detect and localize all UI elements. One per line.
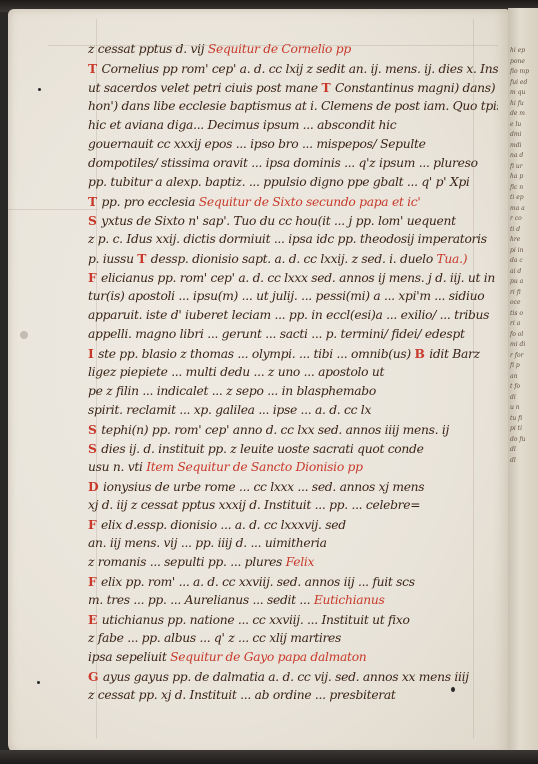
manuscript-line: I ste pp. blasio z thomas ... olympi. ..…: [88, 344, 498, 363]
facing-page-line: u n: [510, 403, 538, 414]
manuscript-line: S dies ij. d. instituit pp. z leuite uos…: [88, 439, 498, 458]
manuscript-line: pp. tubitur a alexp. baptiz. ... ppulsio…: [88, 173, 498, 192]
line-text: z fabe ... pp. albus ... q' z ... cc xli…: [88, 631, 341, 645]
facing-page-line: mdi: [510, 141, 538, 152]
red-initial: T: [88, 194, 97, 209]
ink-speck: [38, 88, 41, 91]
manuscript-line: p. iussu T dessp. dionisio sapt. a. d. c…: [88, 249, 498, 268]
facing-page-line: fic n: [510, 183, 538, 194]
manuscript-line: E utichianus pp. natione ... cc xxviij. …: [88, 610, 498, 629]
manuscript-line: m. tres ... pp. ... Aurelianus ... sedit…: [88, 591, 498, 610]
facing-page-line: tu fi: [510, 414, 538, 425]
facing-page-line: an: [510, 372, 538, 383]
manuscript-line: hon') dans libe ecclesie baptismus at i.…: [88, 97, 498, 116]
manuscript-line: gouernauit cc xxxij epos ... ipso bro ..…: [88, 135, 498, 154]
line-text: z cessat pptus d. vij: [88, 42, 204, 56]
rubric-heading: Sequitur de Cornelio pp: [208, 42, 351, 56]
facing-page-line: ai d: [510, 267, 538, 278]
manuscript-line: appelli. magno libri ... gerunt ... sact…: [88, 325, 498, 344]
line-text: idit Barz: [429, 347, 480, 361]
manuscript-line: D ionysius de urbe rome ... cc lxxx ... …: [88, 477, 498, 496]
line-text: p. iussu: [88, 252, 134, 266]
manuscript-line: apparuit. iste d' iuberet leciam ... pp.…: [88, 306, 498, 325]
line-text: appelli. magno libri ... gerunt ... sact…: [88, 327, 465, 341]
line-text: z romanis ... sepulti pp. ... plures: [88, 555, 282, 569]
facing-page-line: hi fu: [510, 99, 538, 110]
facing-page-line: e lu: [510, 120, 538, 131]
facing-page-line: da c: [510, 256, 538, 267]
facing-page-line: do fu: [510, 435, 538, 446]
facing-page-line: ri fi: [510, 288, 538, 299]
ruling-line-margin: [8, 209, 98, 210]
line-text: tur(is) apostoli ... ipsu(m) ... ut juli…: [88, 289, 484, 303]
red-initial: I: [88, 346, 93, 361]
facing-page-line: di: [510, 393, 538, 404]
line-text: z cessat pp. xj d. Instituit ... ab ordi…: [88, 688, 396, 702]
line-text: dessp. dionisio sapt. a. d. cc lxxij. z …: [151, 252, 433, 266]
book-binding-bottom: [0, 750, 538, 764]
manuscript-line: F elicianus pp. rom' cep' a. d. cc lxxx …: [88, 268, 498, 287]
line-text: z p. c. Idus xxij. dictis dormiuit ... i…: [88, 232, 487, 246]
red-initial: T: [88, 61, 97, 76]
red-initial: D: [88, 479, 98, 494]
line-text: Constantinus magni) dans) sedebat: [335, 81, 498, 95]
manuscript-line: F elix d.essp. dionisio ... a. d. cc lxx…: [88, 515, 498, 534]
manuscript-line: z p. c. Idus xxij. dictis dormiuit ... i…: [88, 230, 498, 249]
manuscript-line: z cessat pp. xj d. Instituit ... ab ordi…: [88, 686, 498, 705]
facing-page-line: t fo: [510, 382, 538, 393]
manuscript-line: G ayus gayus pp. de dalmatia a. d. cc vi…: [88, 667, 498, 686]
red-initial: T: [137, 251, 146, 266]
red-initial: F: [88, 270, 96, 285]
manuscript-line: F elix pp. rom' ... a. d. cc xxviij. sed…: [88, 572, 498, 591]
manuscript-line: S tephi(n) pp. rom' cep' anno d. cc lxx …: [88, 420, 498, 439]
manuscript-line: ligez piepiete ... multi dedu ... z uno …: [88, 363, 498, 382]
manuscript-line: pe z filin ... indicalet ... z sepo ... …: [88, 382, 498, 401]
line-text: yxtus de Sixto n' sap'. Tuo du cc hou(it…: [101, 214, 456, 228]
line-text: pp. tubitur a alexp. baptiz. ... ppulsio…: [88, 175, 470, 189]
line-text: gouernauit cc xxxij epos ... ipso bro ..…: [88, 137, 426, 151]
line-text: utichianus pp. natione ... cc xxviij. ..…: [102, 613, 410, 627]
line-text: Cornelius pp rom' cep' a. d. cc lxij z s…: [101, 62, 498, 76]
manuscript-line: spirit. reclamit ... xp. galilea ... ips…: [88, 401, 498, 420]
facing-page-line: pi ti: [510, 424, 538, 435]
facing-page-line: dl: [510, 445, 538, 456]
line-text: pe z filin ... indicalet ... z sepo ... …: [88, 384, 376, 398]
facing-page-line: tis o: [510, 309, 538, 320]
facing-page-line: hre: [510, 235, 538, 246]
manuscript-line: hic et aviana diga... Decimus ipsum ... …: [88, 116, 498, 135]
facing-page-line: dl: [510, 456, 538, 467]
ink-speck: [37, 681, 40, 684]
facing-page-line: de m: [510, 109, 538, 120]
facing-page-line: fui ed: [510, 78, 538, 89]
manuscript-line: z cessat pptus d. vij Sequitur de Cornel…: [88, 40, 498, 59]
text-column: z cessat pptus d. vij Sequitur de Cornel…: [88, 40, 498, 705]
facing-page-line: ma a: [510, 204, 538, 215]
line-text: xj d. iij z cessat pptus xxxij d. Instit…: [88, 498, 420, 512]
line-text: m. tres ... pp. ... Aurelianus ... sedit…: [88, 593, 310, 607]
facing-page-line: dmi: [510, 130, 538, 141]
red-initial: G: [88, 669, 98, 684]
facing-page-line: r for: [510, 351, 538, 362]
line-text: elix d.essp. dionisio ... a. d. cc lxxxv…: [101, 518, 346, 532]
line-text: pp. pro ecclesia: [101, 195, 195, 209]
line-text: hic et aviana diga... Decimus ipsum ... …: [88, 118, 396, 132]
manuscript-line: usu n. vti Item Sequitur de Sancto Dioni…: [88, 458, 498, 477]
red-initial: F: [88, 517, 96, 532]
facing-page-line: m qu: [510, 88, 538, 99]
line-text: tephi(n) pp. rom' cep' anno d. cc lxx se…: [101, 423, 449, 437]
facing-page-line: na d: [510, 151, 538, 162]
manuscript-line: T pp. pro ecclesia Sequitur de Sixto sec…: [88, 192, 498, 211]
line-text: usu n. vti: [88, 460, 143, 474]
line-text: apparuit. iste d' iuberet leciam ... pp.…: [88, 308, 489, 322]
manuscript-line: an. iij mens. vij ... pp. iiij d. ... ui…: [88, 534, 498, 553]
facing-page-line: ti ep: [510, 193, 538, 204]
red-initial: F: [88, 574, 96, 589]
manuscript-line: xj d. iij z cessat pptus xxxij d. Instit…: [88, 496, 498, 515]
rubric-marginal: Felix: [286, 555, 314, 569]
red-initial: S: [88, 422, 97, 437]
red-initial: S: [88, 213, 97, 228]
facing-page-line: ti d: [510, 225, 538, 236]
facing-page-line: fi ur: [510, 162, 538, 173]
facing-page-line: fi p: [510, 361, 538, 372]
manuscript-line: z romanis ... sepulti pp. ... plures Fel…: [88, 553, 498, 572]
facing-page-line: hi ep: [510, 46, 538, 57]
manuscript-line: ut sacerdos velet petri ciuis post mane …: [88, 78, 498, 97]
facing-page-line: pi in: [510, 246, 538, 257]
rubric-marginal: Tua.): [437, 252, 468, 266]
line-text: dies ij. d. instituit pp. z leuite uoste…: [101, 442, 423, 456]
facing-page-line: pu a: [510, 277, 538, 288]
facing-page-line: ha p: [510, 172, 538, 183]
line-text: hon') dans libe ecclesie baptismus at i.…: [88, 99, 498, 113]
manuscript-line: ipsa sepeliuit Sequitur de Gayo papa dal…: [88, 648, 498, 667]
manuscript-line: T Cornelius pp rom' cep' a. d. cc lxij z…: [88, 59, 498, 78]
line-text: ionysius de urbe rome ... cc lxxx ... se…: [103, 480, 424, 494]
facing-page-line: ri a: [510, 319, 538, 330]
line-text: an. iij mens. vij ... pp. iiij d. ... ui…: [88, 536, 327, 550]
rubric-heading: Sequitur de Gayo papa dalmaton: [170, 650, 366, 664]
line-text: elicianus pp. rom' cep' a. d. cc lxxx se…: [101, 271, 495, 285]
rubric-heading: Item Sequitur de Sancto Dionisio pp: [146, 460, 362, 474]
facing-page-text: hi epponefio mpfui edm quhi fude me ludm…: [508, 8, 538, 466]
line-text: elix pp. rom' ... a. d. cc xxviij. sed. …: [101, 575, 415, 589]
manuscript-line: S yxtus de Sixto n' sap'. Tuo du cc hou(…: [88, 211, 498, 230]
manuscript-line: tur(is) apostoli ... ipsu(m) ... ut juli…: [88, 287, 498, 306]
facing-page-edge: hi epponefio mpfui edm quhi fude me ludm…: [508, 8, 538, 753]
line-text: spirit. reclamit ... xp. galilea ... ips…: [88, 403, 371, 417]
red-initial: B: [415, 346, 425, 361]
facing-page-line: fo ol: [510, 330, 538, 341]
facing-page-line: mi di: [510, 340, 538, 351]
red-initial: T: [321, 80, 330, 95]
facing-page-line: pone: [510, 57, 538, 68]
line-text: ayus gayus pp. de dalmatia a. d. cc vij.…: [103, 670, 469, 684]
manuscript-line: z fabe ... pp. albus ... q' z ... cc xli…: [88, 629, 498, 648]
stain-mark: [20, 331, 28, 339]
line-text: dompotiles/ stissima oravit ... ipsa dom…: [88, 156, 478, 170]
rubric-heading: Sequitur de Sixto secundo papa et ic': [199, 195, 421, 209]
facing-page-line: fio mp: [510, 67, 538, 78]
facing-page-line: oce: [510, 298, 538, 309]
line-text: ut sacerdos velet petri ciuis post mane: [88, 81, 318, 95]
facing-page-line: r co: [510, 214, 538, 225]
red-initial: E: [88, 612, 97, 627]
line-text: ste pp. blasio z thomas ... olympi. ... …: [98, 347, 411, 361]
manuscript-line: dompotiles/ stissima oravit ... ipsa dom…: [88, 154, 498, 173]
red-initial: S: [88, 441, 97, 456]
line-text: ipsa sepeliuit: [88, 650, 167, 664]
line-text: ligez piepiete ... multi dedu ... z uno …: [88, 365, 384, 379]
rubric-marginal: Eutichianus: [314, 593, 385, 607]
